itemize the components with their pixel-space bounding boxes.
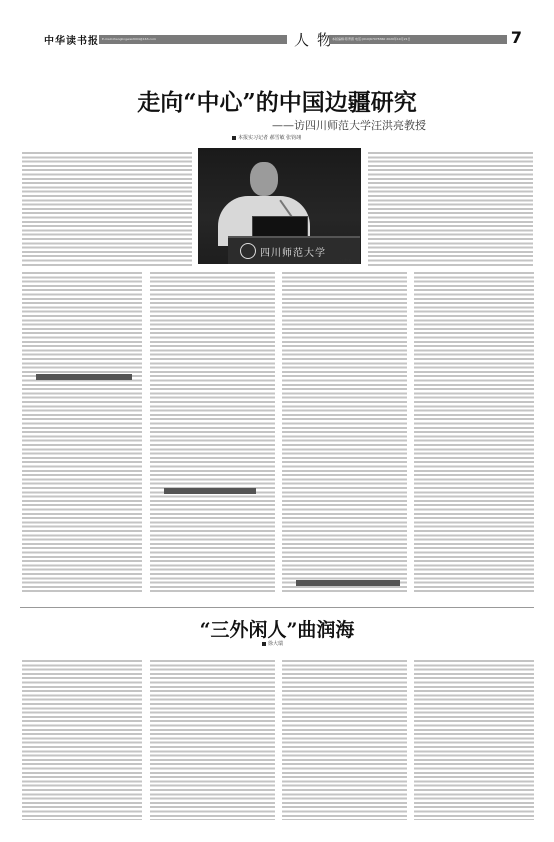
byline-marker-icon: [262, 642, 266, 646]
newspaper-logo: 中华读书报: [44, 32, 99, 47]
photo-person-head: [250, 162, 278, 196]
story1-column-2: [150, 272, 275, 592]
story2-column-2: [150, 660, 275, 820]
story1-section-heading-3: [296, 580, 400, 586]
story1-section-heading-2: [164, 488, 256, 494]
story-divider: [20, 607, 534, 608]
byline-marker-icon: [232, 136, 236, 140]
story1-photo: 四川师范大学: [198, 148, 361, 264]
story1-subtitle: ——访四川师范大学汪洪亮教授: [272, 117, 426, 133]
photo-caption: 汪洪亮: [340, 258, 352, 264]
masthead-right-bar: 本版编辑:陈菁霞 电话:(010)67078360 2020年10月21日: [329, 35, 507, 44]
story2-byline-text: 徐大瑞: [268, 641, 283, 647]
masthead-left-bar: E-mail:zhanglingwei2004@163.com: [99, 35, 287, 44]
story1-section-heading-1: [36, 374, 132, 380]
story1-headline: 走向“中心”的中国边疆研究: [0, 84, 554, 117]
story1-column-4b: [414, 272, 534, 592]
masthead-email: E-mail:zhanglingwei2004@163.com: [99, 35, 287, 44]
story1-column-4: [368, 152, 533, 267]
story1-byline: 本报实习记者 郝雪敏 张钧翊: [232, 134, 301, 141]
story1-column-3: [282, 272, 407, 592]
story2-column-4: [414, 660, 534, 820]
story2-column-1: [22, 660, 142, 820]
story2-byline: 徐大瑞: [262, 640, 283, 647]
story2-column-3: [282, 660, 407, 820]
podium-text: 四川师范大学: [260, 244, 326, 259]
university-emblem-icon: [240, 243, 256, 259]
story1-column-1: [22, 152, 192, 267]
masthead-editor-info: 本版编辑:陈菁霞 电话:(010)67078360 2020年10月21日: [329, 35, 507, 44]
page-number: 7: [511, 28, 522, 47]
masthead: 中华读书报 E-mail:zhanglingwei2004@163.com 人物…: [44, 32, 522, 48]
story2-headline: “三外闲人”曲润海: [0, 615, 554, 642]
story1-column-1b: [22, 272, 142, 592]
story1-byline-text: 本报实习记者 郝雪敏 张钧翊: [238, 135, 301, 141]
